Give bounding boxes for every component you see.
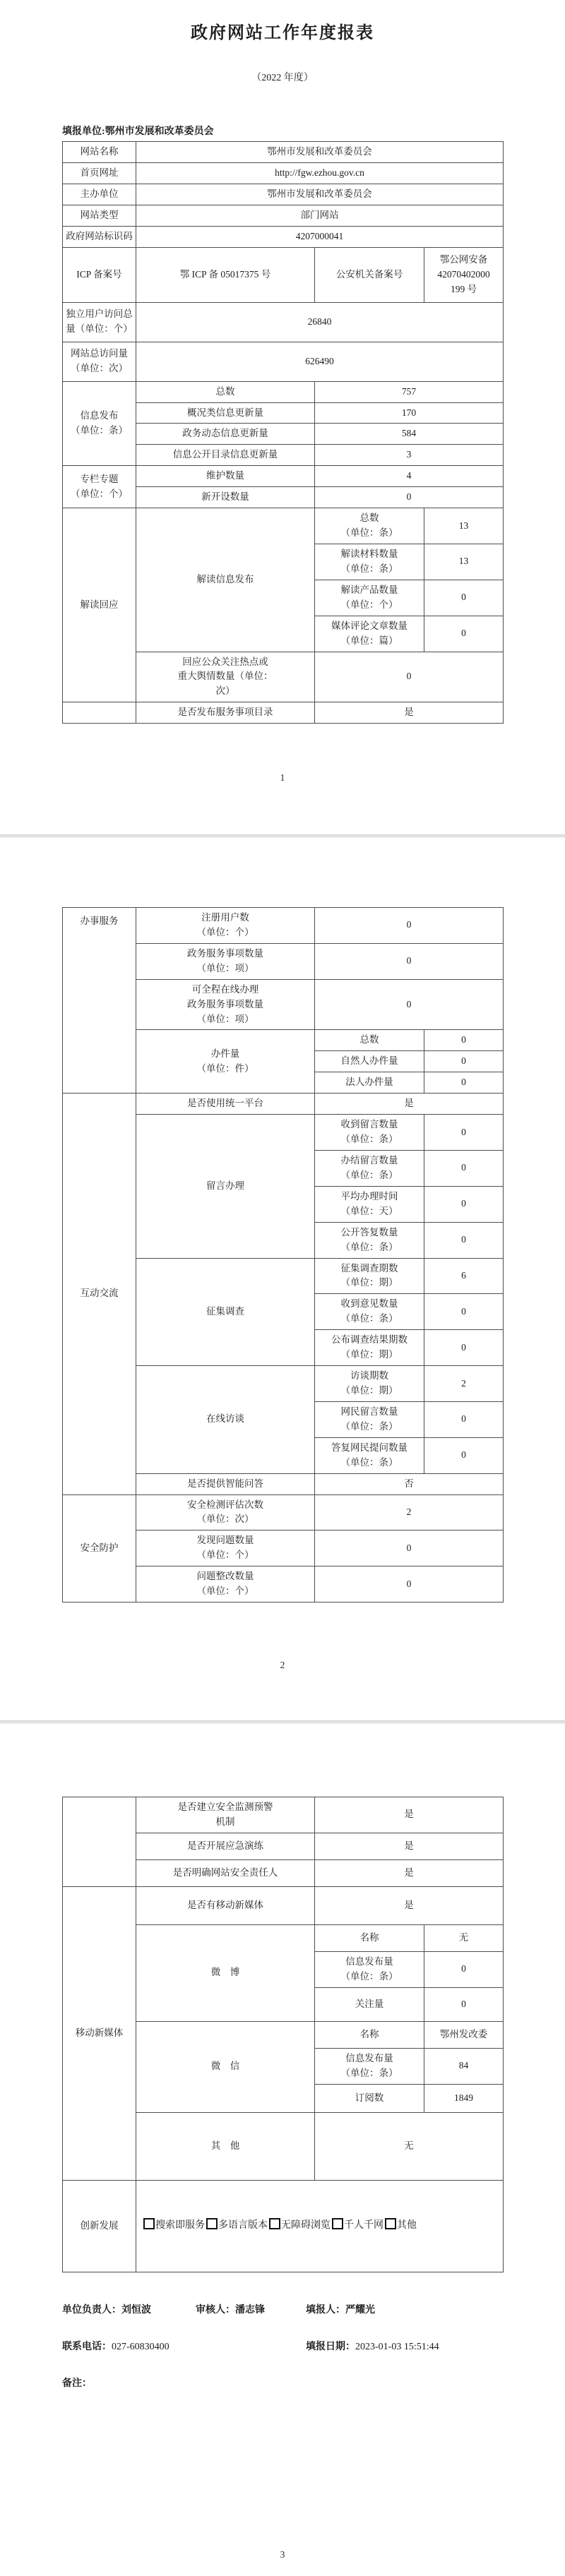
table-cell: 757 bbox=[315, 381, 504, 402]
filler-name: 严耀光 bbox=[345, 2305, 375, 2316]
page-1: 政府网站工作年度报表 （2022 年度） 填报单位:鄂州市发展和改革委员会 网站… bbox=[0, 0, 565, 834]
table-cell: 是否提供智能问答 bbox=[136, 1473, 315, 1494]
table-cell: 办件量 （单位：件） bbox=[136, 1030, 315, 1094]
table-cell: 无 bbox=[315, 2112, 504, 2180]
table-cell: 0 bbox=[424, 1222, 504, 1258]
table-cell: 新开设数量 bbox=[136, 487, 315, 508]
table-cell: 0 bbox=[315, 487, 504, 508]
table-cell: 鄂州市发展和改革委员会 bbox=[136, 184, 504, 205]
table-cell: 0 bbox=[315, 1530, 504, 1566]
checkbox-icon bbox=[269, 2218, 280, 2229]
table-cell: 是否发布服务事项目录 bbox=[136, 702, 315, 724]
contact-phone-label: 联系电话： bbox=[62, 2342, 112, 2352]
table-cell: 政府网站标识码 bbox=[63, 226, 136, 247]
reporting-unit-line: 填报单位:鄂州市发展和改革委员会 bbox=[62, 124, 565, 138]
auditor-label: 审核人： bbox=[196, 2305, 235, 2316]
table-cell: 办事服务 bbox=[63, 908, 136, 1094]
checkbox-icon bbox=[143, 2218, 155, 2229]
table-cell: 2 bbox=[424, 1366, 504, 1402]
table-cell: 安全检测评估次数 （单位：次） bbox=[136, 1494, 315, 1530]
page-number: 2 bbox=[0, 1660, 565, 1671]
table-cell: 创新发展 bbox=[63, 2180, 136, 2272]
table-cell: 信息公开目录信息更新量 bbox=[136, 445, 315, 466]
table-cell: 鄂公网安备 42070402000 199 号 bbox=[424, 247, 504, 302]
contact-phone-value: 027-60830400 bbox=[112, 2342, 169, 2352]
table-cell: 584 bbox=[315, 424, 504, 445]
table-cell: 总数 bbox=[315, 1030, 424, 1051]
report-date-value: 2023-01-03 15:51:44 bbox=[355, 2342, 439, 2352]
table-cell: 0 bbox=[315, 652, 504, 702]
table-cell: 留言办理 bbox=[136, 1115, 315, 1258]
table-cell: 名称 bbox=[315, 2021, 424, 2048]
table-cell: 可全程在线办理 政务服务事项数量 （单位：项） bbox=[136, 979, 315, 1030]
table-cell: 0 bbox=[424, 1150, 504, 1186]
table-cell bbox=[63, 702, 136, 724]
table-cell: 0 bbox=[424, 1437, 504, 1473]
innovation-option-label: 千人千网 bbox=[344, 2220, 383, 2231]
table-cell: 专栏专题 （单位：个） bbox=[63, 466, 136, 508]
table-cell: 是 bbox=[315, 702, 504, 724]
table-cell: 公布调查结果期数 （单位：期） bbox=[315, 1330, 424, 1366]
page-number: 3 bbox=[0, 2549, 565, 2560]
table-cell: 信息发布量 （单位：条） bbox=[315, 1951, 424, 1987]
remark-label: 备注： bbox=[62, 2378, 92, 2389]
table-cell: 170 bbox=[315, 402, 504, 424]
table-cell: 收到意见数量 （单位：条） bbox=[315, 1294, 424, 1330]
report-date-label: 填报日期： bbox=[306, 2342, 355, 2352]
auditor-name: 潘志锋 bbox=[235, 2305, 265, 2316]
table-cell: 媒体评论文章数量 （单位：篇） bbox=[315, 616, 424, 652]
auditor-field: 审核人：潘志锋 bbox=[196, 2302, 265, 2316]
table-cell: 平均办理时间 （单位：天） bbox=[315, 1186, 424, 1222]
table-cell: 收到留言数量 （单位：条） bbox=[315, 1115, 424, 1151]
table-cell: 问题整改数量 （单位：个） bbox=[136, 1566, 315, 1602]
table-cell: 网民留言数量 （单位：条） bbox=[315, 1401, 424, 1437]
table-cell: 0 bbox=[315, 1566, 504, 1602]
report-table-page-1: 网站名称鄂州市发展和改革委员会首页网址http://fgw.ezhou.gov.… bbox=[62, 141, 504, 724]
table-cell: 回应公众关注热点或 重大舆情数量（单位： 次） bbox=[136, 652, 315, 702]
table-cell: 0 bbox=[424, 1030, 504, 1051]
table-cell: 是否使用统一平台 bbox=[136, 1094, 315, 1115]
report-title: 政府网站工作年度报表 bbox=[0, 18, 565, 43]
table-cell: 信息发布量 （单位：条） bbox=[315, 2048, 424, 2084]
table-cell: 0 bbox=[424, 1294, 504, 1330]
table-cell: 是 bbox=[315, 1833, 504, 1859]
table-cell: 解读回应 bbox=[63, 508, 136, 702]
table-cell: 发现问题数量 （单位：个） bbox=[136, 1530, 315, 1566]
filler-field: 填报人：严耀光 bbox=[306, 2302, 375, 2316]
table-cell: 总数 （单位：条） bbox=[315, 508, 424, 544]
contact-phone-field: 联系电话：027-60830400 bbox=[62, 2339, 169, 2353]
table-cell: 在线访谈 bbox=[136, 1366, 315, 1474]
table-cell: 互动交流 bbox=[63, 1094, 136, 1494]
unit-leader-field: 单位负责人：刘恒波 bbox=[62, 2302, 151, 2316]
table-cell: 征集调查 bbox=[136, 1258, 315, 1366]
table-cell: 是否明确网站安全责任人 bbox=[136, 1859, 315, 1886]
table-cell: 0 bbox=[424, 1330, 504, 1366]
table-cell: 法人办件量 bbox=[315, 1072, 424, 1094]
table-cell: 政务动态信息更新量 bbox=[136, 424, 315, 445]
table-cell: 政务服务事项数量 （单位：项） bbox=[136, 943, 315, 979]
filler-label: 填报人： bbox=[306, 2305, 345, 2316]
table-cell: 84 bbox=[424, 2048, 504, 2084]
innovation-option-label: 无障碍浏览 bbox=[281, 2220, 331, 2231]
table-cell: 微 信 bbox=[136, 2021, 315, 2112]
table-cell: 网站总访问量 （单位：次） bbox=[63, 342, 136, 381]
table-cell: 无 bbox=[424, 1924, 504, 1951]
page-2: 办事服务注册用户数 （单位：个）0政务服务事项数量 （单位：项）0可全程在线办理… bbox=[0, 838, 565, 1720]
table-cell: 是否建立安全监测预警 机制 bbox=[136, 1797, 315, 1833]
table-cell: 注册用户数 （单位：个） bbox=[136, 908, 315, 944]
table-cell: 否 bbox=[315, 1473, 504, 1494]
table-cell: 0 bbox=[424, 1051, 504, 1072]
table-cell: 0 bbox=[315, 908, 504, 944]
table-cell: 0 bbox=[424, 1401, 504, 1437]
unit-leader-label: 单位负责人： bbox=[62, 2305, 121, 2316]
checkbox-icon bbox=[385, 2218, 396, 2229]
innovation-options-cell: 搜索即服务多语言版本无障碍浏览千人千网其他 bbox=[136, 2180, 504, 2272]
table-cell: 0 bbox=[424, 1115, 504, 1151]
signature-footer: 单位负责人：刘恒波 审核人：潘志锋 填报人：严耀光 联系电话：027-60830… bbox=[62, 2302, 503, 2390]
table-cell: 首页网址 bbox=[63, 162, 136, 184]
page-3: 是否建立安全监测预警 机制是是否开展应急演练是是否明确网站安全责任人是移动新媒体… bbox=[0, 1724, 565, 2576]
table-cell: 0 bbox=[424, 1072, 504, 1094]
table-cell: 维护数量 bbox=[136, 466, 315, 487]
table-cell: 总数 bbox=[136, 381, 315, 402]
table-cell: 13 bbox=[424, 508, 504, 544]
table-cell: 微 博 bbox=[136, 1924, 315, 2021]
innovation-option-label: 多语言版本 bbox=[218, 2220, 268, 2231]
table-cell: 其 他 bbox=[136, 2112, 315, 2180]
table-cell: 0 bbox=[424, 1186, 504, 1222]
table-cell: 13 bbox=[424, 544, 504, 580]
table-cell: 是 bbox=[315, 1797, 504, 1833]
table-cell: 主办单位 bbox=[63, 184, 136, 205]
table-cell: 解读产品数量 （单位：个） bbox=[315, 580, 424, 616]
table-cell: 名称 bbox=[315, 1924, 424, 1951]
table-cell: 4 bbox=[315, 466, 504, 487]
report-table-page-2: 办事服务注册用户数 （单位：个）0政务服务事项数量 （单位：项）0可全程在线办理… bbox=[62, 907, 504, 1602]
table-cell: 鄂州市发展和改革委员会 bbox=[136, 142, 504, 163]
checkbox-icon bbox=[206, 2218, 218, 2229]
table-cell: ICP 备案号 bbox=[63, 247, 136, 302]
table-cell: 是 bbox=[315, 1859, 504, 1886]
table-cell: 移动新媒体 bbox=[63, 1886, 136, 2180]
table-cell: 3 bbox=[315, 445, 504, 466]
table-cell: 0 bbox=[424, 580, 504, 616]
table-cell: 答复网民提问数量 （单位：条） bbox=[315, 1437, 424, 1473]
table-cell: 网站类型 bbox=[63, 205, 136, 226]
table-cell: 0 bbox=[424, 1951, 504, 1987]
table-cell: 征集调查期数 （单位：期） bbox=[315, 1258, 424, 1294]
table-cell: 鄂 ICP 备 05017375 号 bbox=[136, 247, 315, 302]
table-cell: 自然人办件量 bbox=[315, 1051, 424, 1072]
table-cell bbox=[63, 1797, 136, 1887]
unit-leader-name: 刘恒波 bbox=[121, 2305, 151, 2316]
table-cell: 0 bbox=[315, 943, 504, 979]
table-cell: 信息发布 （单位：条） bbox=[63, 381, 136, 466]
innovation-option-label: 搜索即服务 bbox=[155, 2220, 205, 2231]
checkbox-icon bbox=[332, 2218, 343, 2229]
table-cell: 解读材料数量 （单位：条） bbox=[315, 544, 424, 580]
table-cell: 2 bbox=[315, 1494, 504, 1530]
table-cell: 6 bbox=[424, 1258, 504, 1294]
table-cell: 公安机关备案号 bbox=[315, 247, 424, 302]
table-cell: 安全防护 bbox=[63, 1494, 136, 1602]
table-cell: http://fgw.ezhou.gov.cn bbox=[136, 162, 504, 184]
table-cell: 0 bbox=[424, 616, 504, 652]
report-year-subtitle: （2022 年度） bbox=[0, 70, 565, 84]
table-cell: 26840 bbox=[136, 302, 504, 342]
table-cell: 626490 bbox=[136, 342, 504, 381]
table-cell: 1849 bbox=[424, 2084, 504, 2112]
table-cell: 关注量 bbox=[315, 1987, 424, 2021]
table-cell: 是 bbox=[315, 1886, 504, 1924]
table-cell: 鄂州发改委 bbox=[424, 2021, 504, 2048]
table-cell: 是 bbox=[315, 1094, 504, 1115]
table-cell: 公开答复数量 （单位：条） bbox=[315, 1222, 424, 1258]
page-number: 1 bbox=[0, 772, 565, 784]
table-cell: 订阅数 bbox=[315, 2084, 424, 2112]
table-cell: 4207000041 bbox=[136, 226, 504, 247]
table-cell: 是否有移动新媒体 bbox=[136, 1886, 315, 1924]
table-cell: 独立用户访问总量（单位：个） bbox=[63, 302, 136, 342]
table-cell: 部门网站 bbox=[136, 205, 504, 226]
table-cell: 概况类信息更新量 bbox=[136, 402, 315, 424]
table-cell: 是否开展应急演练 bbox=[136, 1833, 315, 1859]
table-cell: 网站名称 bbox=[63, 142, 136, 163]
innovation-option-label: 其他 bbox=[397, 2220, 417, 2231]
table-cell: 解读信息发布 bbox=[136, 508, 315, 652]
table-cell: 访谈期数 （单位：期） bbox=[315, 1366, 424, 1402]
report-table-page-3: 是否建立安全监测预警 机制是是否开展应急演练是是否明确网站安全责任人是移动新媒体… bbox=[62, 1797, 504, 2272]
table-cell: 办结留言数量 （单位：条） bbox=[315, 1150, 424, 1186]
table-cell: 0 bbox=[315, 979, 504, 1030]
report-date-field: 填报日期：2023-01-03 15:51:44 bbox=[306, 2339, 439, 2353]
table-cell: 0 bbox=[424, 1987, 504, 2021]
